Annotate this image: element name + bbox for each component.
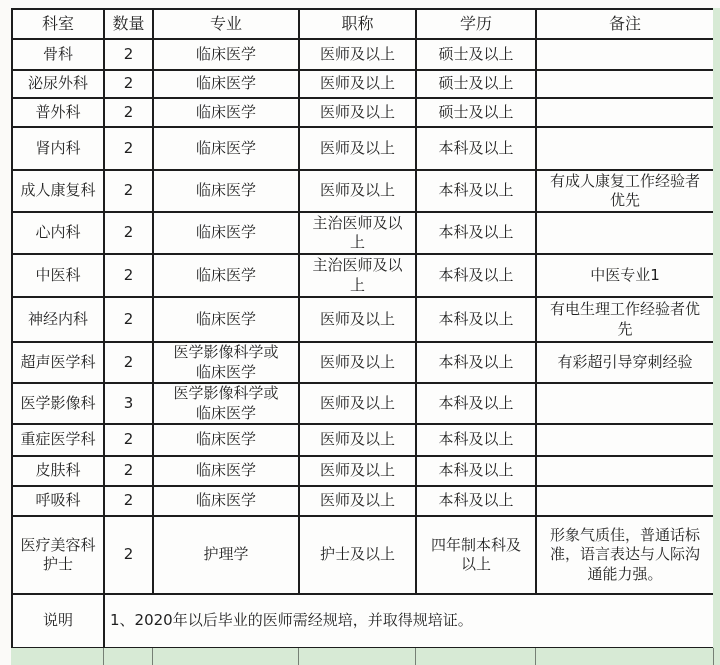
spreadsheet-capture: { "colors": { "page_bg": "#fbfaf8", "cel… — [0, 0, 720, 665]
cell-note — [536, 486, 714, 516]
cell-degree: 本科及以上 — [416, 424, 536, 456]
cell-note — [536, 212, 714, 254]
cell-dept: 神经内科 — [12, 297, 104, 342]
cell-count: 2 — [104, 127, 153, 170]
cell-note: 形象气质佳，普通话标准，语言表达与人际沟通能力强。 — [536, 516, 714, 594]
column-gridline — [713, 648, 714, 665]
cell-dept: 骨科 — [12, 39, 104, 70]
cell-count: 2 — [104, 424, 153, 456]
cell-note: 有成人康复工作经验者优先 — [536, 170, 714, 212]
table-row: 神经内科 2 临床医学 医师及以上 本科及以上 有电生理工作经验者优先 — [12, 297, 714, 342]
cell-dept: 泌尿外科 — [12, 70, 104, 98]
column-gridline — [152, 648, 153, 665]
cell-dept: 成人康复科 — [12, 170, 104, 212]
header-note: 备注 — [536, 9, 714, 39]
cell-title: 医师及以上 — [299, 424, 416, 456]
footer-label: 说明 — [12, 594, 104, 648]
header-degree: 学历 — [416, 9, 536, 39]
header-count: 数量 — [104, 9, 153, 39]
cell-count: 2 — [104, 170, 153, 212]
cell-major: 临床医学 — [153, 297, 299, 342]
column-gridline — [415, 648, 416, 665]
cell-count: 2 — [104, 297, 153, 342]
table-row: 重症医学科 2 临床医学 医师及以上 本科及以上 — [12, 424, 714, 456]
cell-note — [536, 127, 714, 170]
cell-note: 有彩超引导穿刺经验 — [536, 342, 714, 383]
cell-count: 2 — [104, 456, 153, 486]
footer-note-text: 1、2020年以后毕业的医师需经规培，并取得规培证。 — [104, 594, 714, 648]
table-row: 医疗美容科护士 2 护理学 护士及以上 四年制本科及以上 形象气质佳，普通话标准… — [12, 516, 714, 594]
cell-major: 临床医学 — [153, 39, 299, 70]
cell-dept: 心内科 — [12, 212, 104, 254]
cell-title: 医师及以上 — [299, 456, 416, 486]
table-row: 呼吸科 2 临床医学 医师及以上 本科及以上 — [12, 486, 714, 516]
cell-title: 主治医师及以上 — [299, 254, 416, 297]
cell-note — [536, 456, 714, 486]
cell-dept: 皮肤科 — [12, 456, 104, 486]
cell-degree: 本科及以上 — [416, 170, 536, 212]
cell-dept: 中医科 — [12, 254, 104, 297]
cell-title: 医师及以上 — [299, 70, 416, 98]
cell-note: 中医专业1 — [536, 254, 714, 297]
sheet-bottom-strip — [11, 648, 720, 665]
cell-note — [536, 383, 714, 424]
cell-degree: 本科及以上 — [416, 297, 536, 342]
cell-count: 2 — [104, 254, 153, 297]
table-row: 中医科 2 临床医学 主治医师及以上 本科及以上 中医专业1 — [12, 254, 714, 297]
header-dept: 科室 — [12, 9, 104, 39]
cell-major: 临床医学 — [153, 424, 299, 456]
cell-title: 医师及以上 — [299, 297, 416, 342]
cell-note: 有电生理工作经验者优先 — [536, 297, 714, 342]
table-row: 心内科 2 临床医学 主治医师及以上 本科及以上 — [12, 212, 714, 254]
cell-dept: 肾内科 — [12, 127, 104, 170]
cell-note — [536, 424, 714, 456]
cell-note — [536, 98, 714, 127]
table-row: 成人康复科 2 临床医学 医师及以上 本科及以上 有成人康复工作经验者优先 — [12, 170, 714, 212]
column-gridline — [298, 648, 299, 665]
cell-degree: 本科及以上 — [416, 383, 536, 424]
column-gridline — [535, 648, 536, 665]
table-row: 普外科 2 临床医学 医师及以上 硕士及以上 — [12, 98, 714, 127]
cell-count: 3 — [104, 383, 153, 424]
cell-degree: 本科及以上 — [416, 212, 536, 254]
cell-dept: 重症医学科 — [12, 424, 104, 456]
cell-title: 医师及以上 — [299, 486, 416, 516]
column-gridline — [103, 648, 104, 665]
cell-title: 医师及以上 — [299, 170, 416, 212]
cell-title: 医师及以上 — [299, 127, 416, 170]
cell-title: 医师及以上 — [299, 98, 416, 127]
cell-major: 临床医学 — [153, 456, 299, 486]
table-row: 超声医学科 2 医学影像科学或临床医学 医师及以上 本科及以上 有彩超引导穿刺经… — [12, 342, 714, 383]
cell-major: 临床医学 — [153, 486, 299, 516]
cell-degree: 本科及以上 — [416, 456, 536, 486]
cell-count: 2 — [104, 212, 153, 254]
cell-major: 临床医学 — [153, 212, 299, 254]
cell-major: 医学影像科学或临床医学 — [153, 342, 299, 383]
cell-title: 主治医师及以上 — [299, 212, 416, 254]
cell-degree: 本科及以上 — [416, 254, 536, 297]
table-row: 泌尿外科 2 临床医学 医师及以上 硕士及以上 — [12, 70, 714, 98]
cell-major: 医学影像科学或临床医学 — [153, 383, 299, 424]
cell-major: 临床医学 — [153, 127, 299, 170]
cell-degree: 硕士及以上 — [416, 98, 536, 127]
cell-title: 医师及以上 — [299, 342, 416, 383]
cell-dept: 呼吸科 — [12, 486, 104, 516]
cell-title: 医师及以上 — [299, 39, 416, 70]
cell-degree: 硕士及以上 — [416, 39, 536, 70]
cell-count: 2 — [104, 98, 153, 127]
header-major: 专业 — [153, 9, 299, 39]
recruitment-table: 科室 数量 专业 职称 学历 备注 骨科 2 临床医学 医师及以上 硕士及以上 … — [11, 8, 715, 649]
table-row: 骨科 2 临床医学 医师及以上 硕士及以上 — [12, 39, 714, 70]
cell-count: 2 — [104, 486, 153, 516]
cell-count: 2 — [104, 39, 153, 70]
cell-degree: 本科及以上 — [416, 486, 536, 516]
table-row: 皮肤科 2 临床医学 医师及以上 本科及以上 — [12, 456, 714, 486]
cell-note — [536, 70, 714, 98]
header-row: 科室 数量 专业 职称 学历 备注 — [12, 9, 714, 39]
cell-degree: 四年制本科及以上 — [416, 516, 536, 594]
cell-major: 临床医学 — [153, 254, 299, 297]
cell-degree: 硕士及以上 — [416, 70, 536, 98]
cell-major: 临床医学 — [153, 98, 299, 127]
cell-degree: 本科及以上 — [416, 127, 536, 170]
table-row: 肾内科 2 临床医学 医师及以上 本科及以上 — [12, 127, 714, 170]
cell-major: 护理学 — [153, 516, 299, 594]
cell-major: 临床医学 — [153, 70, 299, 98]
cell-dept: 医疗美容科护士 — [12, 516, 104, 594]
cell-count: 2 — [104, 342, 153, 383]
cell-major: 临床医学 — [153, 170, 299, 212]
cell-title: 医师及以上 — [299, 383, 416, 424]
sheet-right-strip — [713, 8, 720, 665]
footer-row: 说明 1、2020年以后毕业的医师需经规培，并取得规培证。 — [12, 594, 714, 648]
table-row: 医学影像科 3 医学影像科学或临床医学 医师及以上 本科及以上 — [12, 383, 714, 424]
cell-title: 护士及以上 — [299, 516, 416, 594]
cell-dept: 医学影像科 — [12, 383, 104, 424]
cell-note — [536, 39, 714, 70]
cell-degree: 本科及以上 — [416, 342, 536, 383]
header-title: 职称 — [299, 9, 416, 39]
cell-count: 2 — [104, 516, 153, 594]
cell-count: 2 — [104, 70, 153, 98]
cell-dept: 普外科 — [12, 98, 104, 127]
cell-dept: 超声医学科 — [12, 342, 104, 383]
